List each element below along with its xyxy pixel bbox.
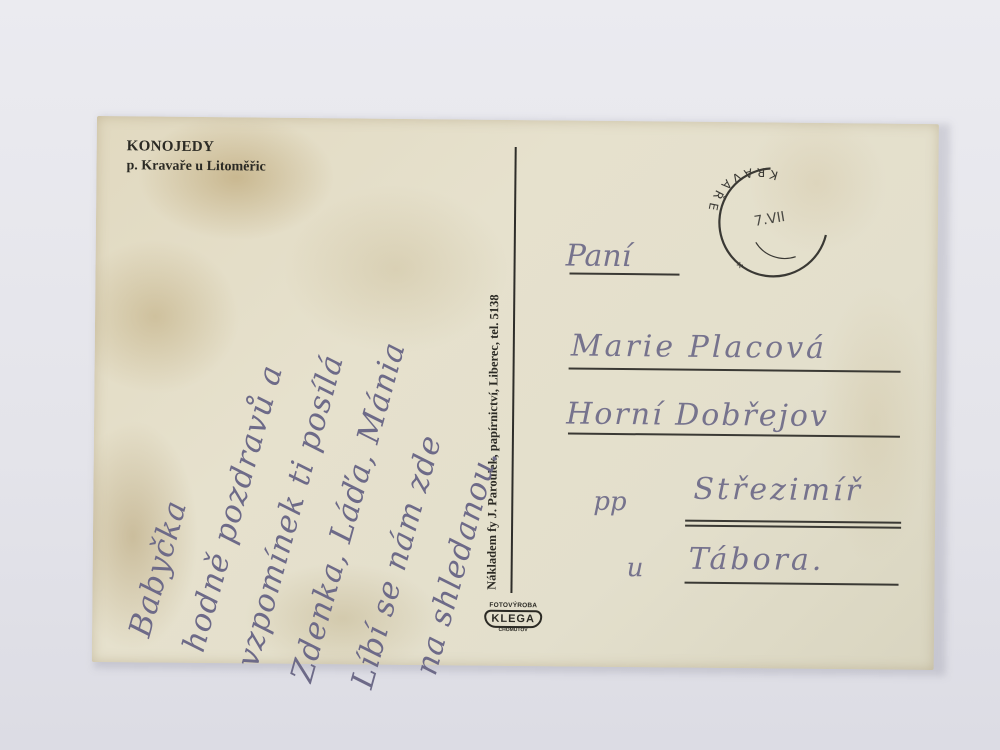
place-subtitle: p. Kravaře u Litoměřic	[126, 158, 265, 175]
address-salutation: Paní	[566, 239, 632, 275]
address-region: Tábora.	[689, 542, 825, 578]
postcard: KONOJEDY p. Kravaře u Litoměřic Nákladem…	[92, 116, 939, 670]
svg-text:+: +	[736, 260, 744, 271]
address-rule-double-top	[685, 520, 901, 524]
address-rule	[685, 582, 899, 586]
postmark-town: KRAVAŘE	[705, 165, 780, 218]
address-rule	[569, 368, 901, 373]
postmark: KRAVAŘE 7.VII +	[707, 164, 820, 277]
address-village: Horní Dobřejov	[566, 397, 829, 435]
postmark-circle-icon: KRAVAŘE 7.VII +	[707, 164, 820, 277]
address-rule	[568, 433, 900, 438]
handwritten-message: Babyčka hodně pozdravů a vzpomínek ti po…	[122, 227, 601, 733]
address-name: Marie Placová	[571, 329, 828, 366]
address-post-prefix: pp	[593, 487, 627, 517]
place-title: KONOJEDY	[127, 138, 215, 156]
address-region-prefix: u	[627, 553, 644, 583]
address-rule	[570, 273, 680, 276]
postmark-date: 7.VII	[753, 209, 786, 230]
address-post-office: Střezimíř	[693, 472, 863, 509]
address-rule-double-bottom	[685, 525, 901, 529]
svg-text:KRAVAŘE: KRAVAŘE	[705, 165, 780, 218]
